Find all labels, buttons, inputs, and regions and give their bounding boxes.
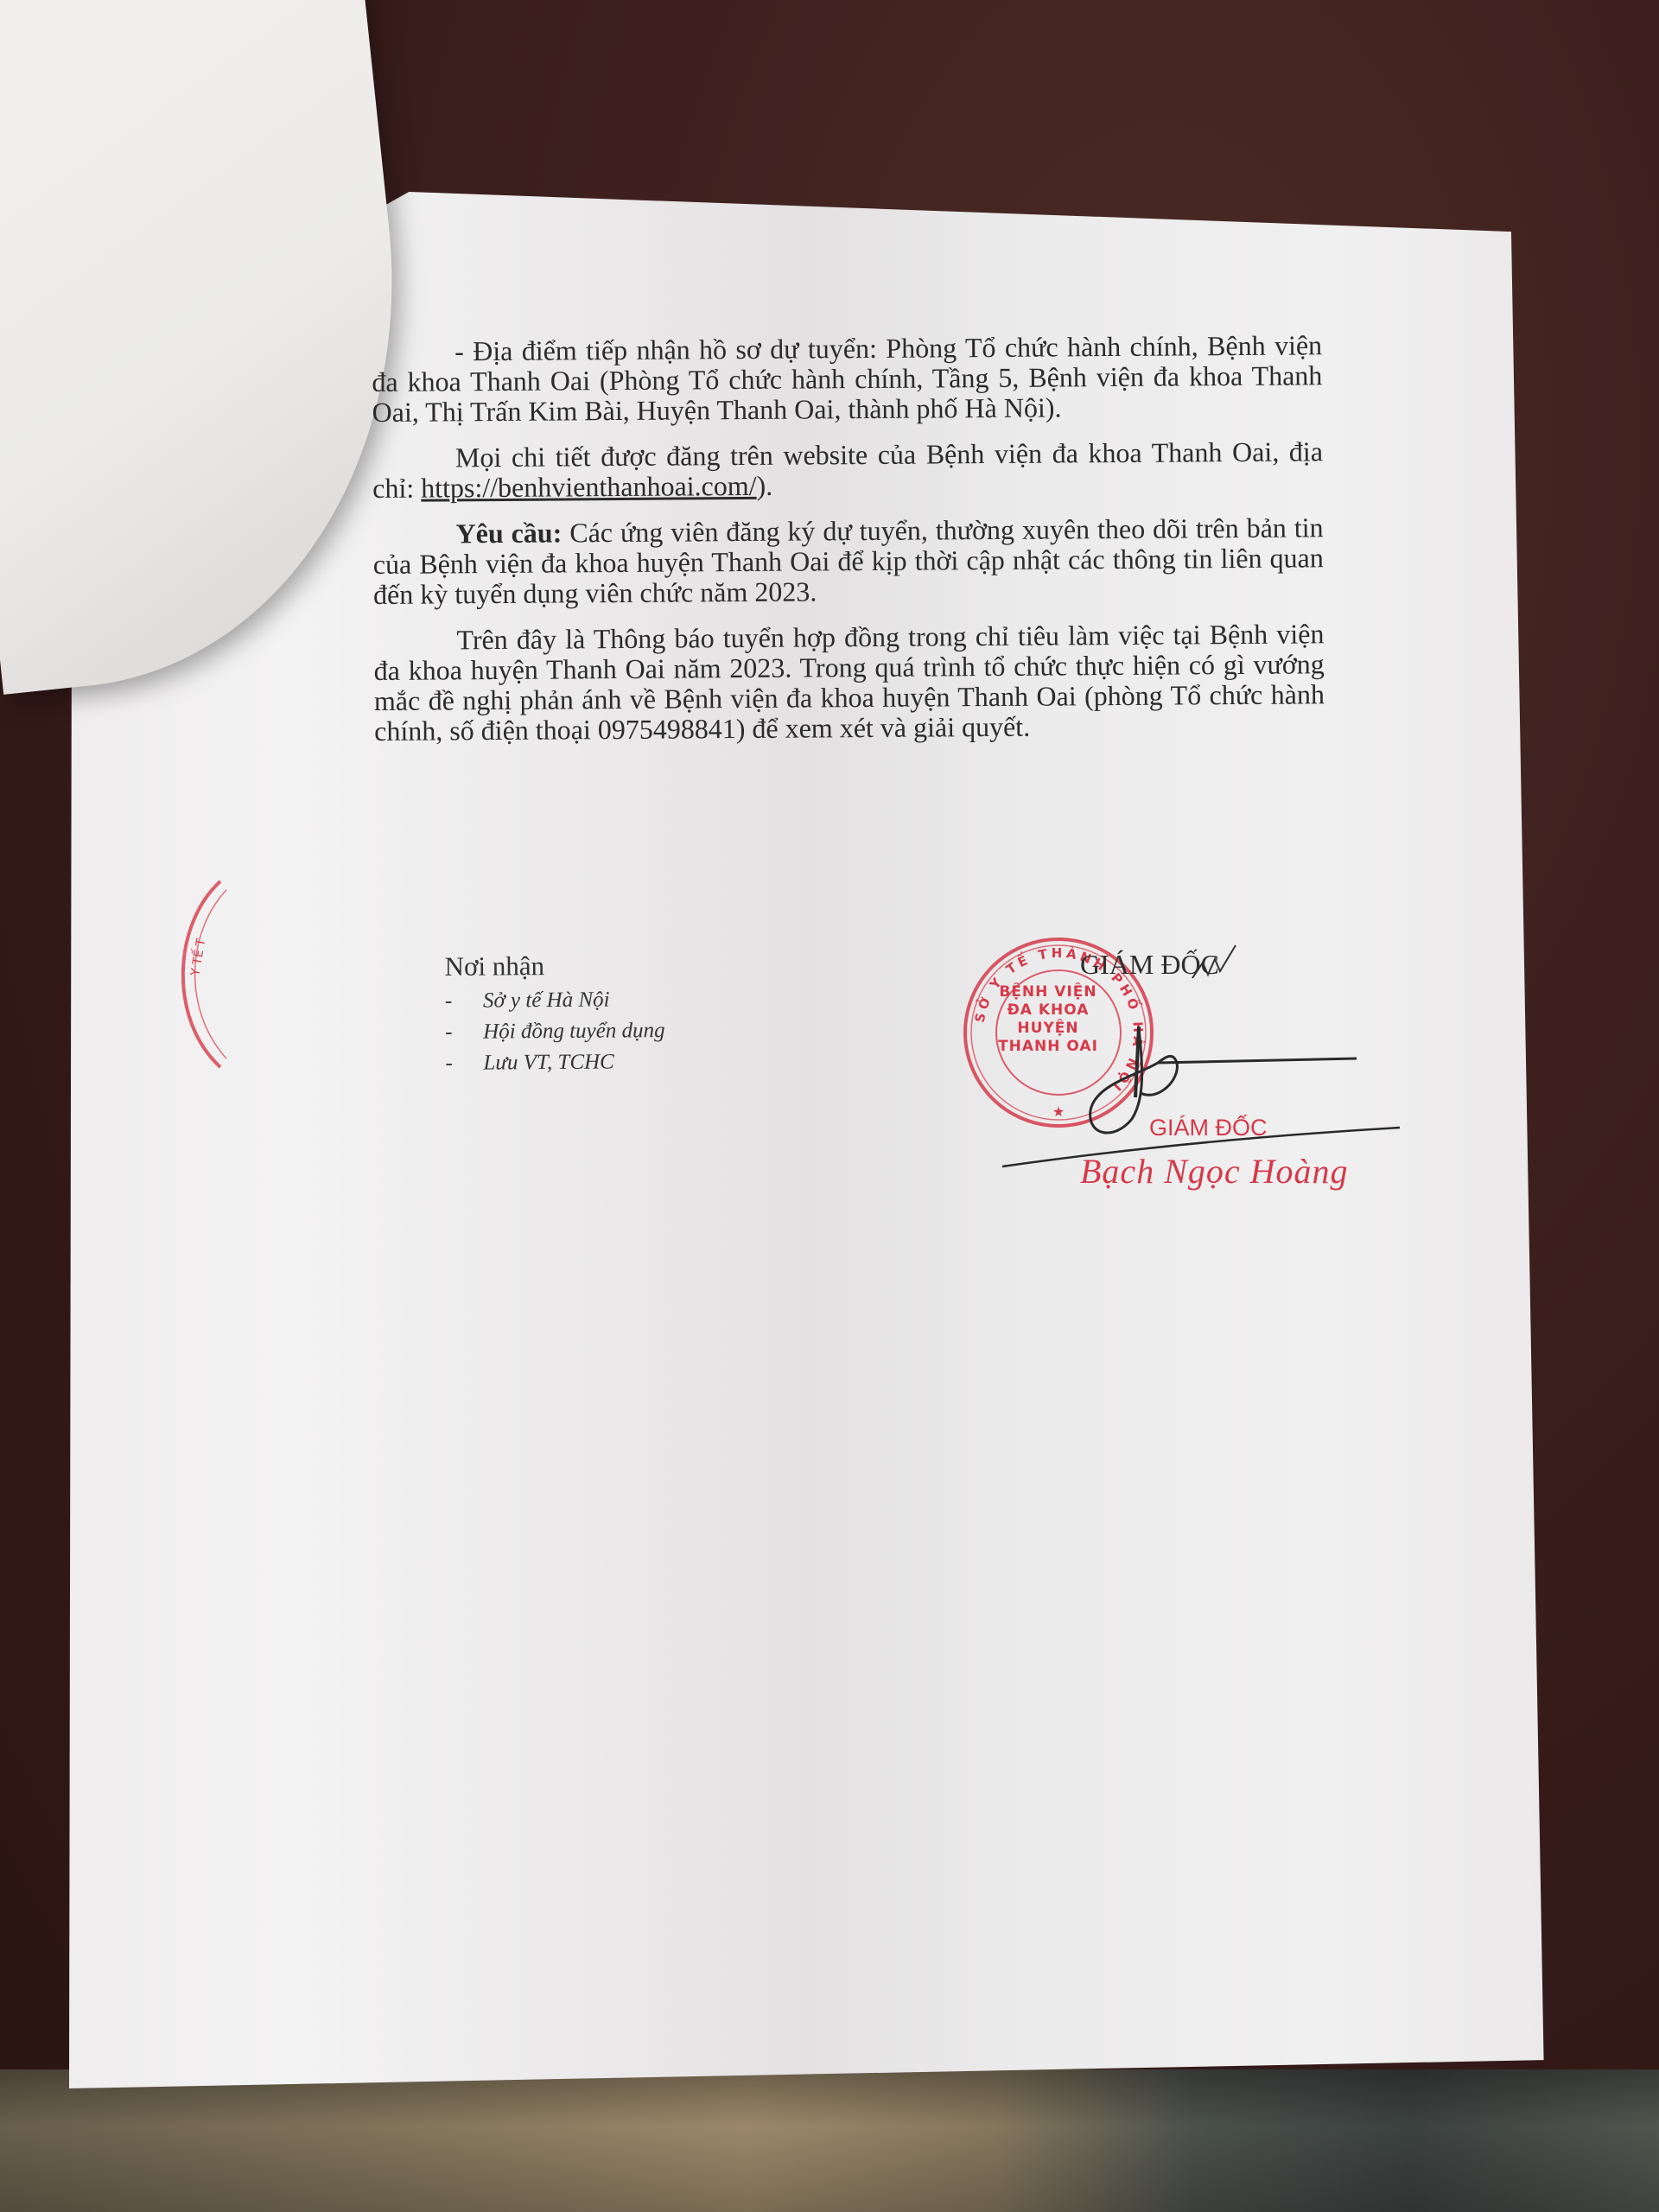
paragraph-closing: Trên đây là Thông báo tuyển hợp đồng tro… [373, 619, 1325, 747]
recipient-text: Lưu VT, TCHC [483, 1051, 614, 1075]
bullet-dash: - [445, 1017, 453, 1048]
paragraph-requirement: Yêu cầu: Các ứng viên đăng ký dự tuyển, … [372, 512, 1324, 610]
fabric-background [0, 2069, 1659, 2212]
bullet-dash: - [445, 986, 453, 1017]
paragraph-text: Trên đây là Thông báo tuyển hợp đồng tro… [374, 618, 1325, 747]
paragraph-text: ). [756, 470, 772, 501]
document-body: - Địa điểm tiếp nhận hồ sơ dự tuyển: Phò… [372, 330, 1325, 762]
signatory-name: Bạch Ngọc Hoàng [1080, 1151, 1349, 1192]
recipients-title: Nơi nhận [444, 950, 664, 982]
requirement-label: Yêu cầu: [455, 517, 562, 549]
recipients-block: Nơi nhận -Sở y tế Hà Nội -Hội đồng tuyển… [444, 950, 664, 1079]
website-link[interactable]: https://benhvienthanhoai.com/ [421, 470, 757, 504]
recipients-list: -Sở y tế Hà Nội -Hội đồng tuyển dụng -Lư… [445, 984, 665, 1079]
paragraph-text: - Địa điểm tiếp nhận hồ sơ dự tuyển: Phò… [372, 329, 1322, 428]
svg-text:Y TẾ T: Y TẾ T [186, 937, 208, 977]
paragraph-submission-location: - Địa điểm tiếp nhận hồ sơ dự tuyển: Phò… [372, 330, 1323, 428]
recipient-item: -Hội đồng tuyển dụng [445, 1015, 665, 1048]
bullet-dash: - [445, 1048, 453, 1079]
recipient-item: -Lưu VT, TCHC [445, 1046, 665, 1079]
partial-stamp-icon: Y TẾ T [156, 873, 233, 1071]
signature-block: SỞ Y TẾ THÀNH PHỐ HÀ NỘI ★ BỆNH VIỆN ĐA … [950, 925, 1400, 1218]
paragraph-website: Mọi chi tiết được đăng trên website của … [372, 436, 1323, 504]
recipient-text: Hội đồng tuyển dụng [483, 1019, 665, 1043]
recipient-item: -Sở y tế Hà Nội [445, 984, 665, 1017]
red-signature-title: GIÁM ĐỐC [1149, 1115, 1268, 1141]
recipient-text: Sở y tế Hà Nội [483, 988, 610, 1013]
